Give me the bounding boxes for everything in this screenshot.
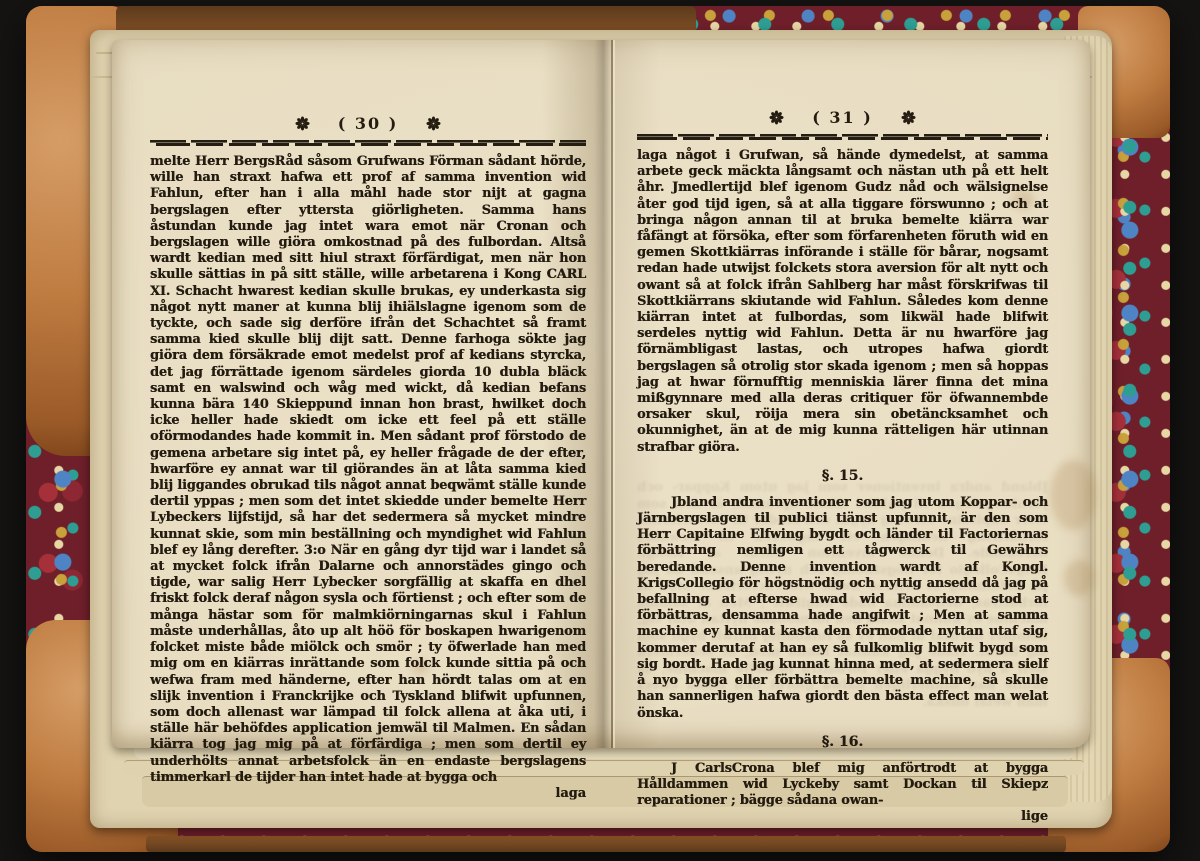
section-heading-16: §. 16.	[637, 734, 1048, 750]
catchword: lige	[637, 809, 1048, 825]
page-30: ( 30 ) melte Herr BergsRåd såsom Grufwan…	[150, 114, 586, 802]
page-31-paragraph-2: Jbland andra inventioner som jag utom Ko…	[637, 495, 1048, 722]
rosette-icon	[295, 116, 310, 131]
rosette-icon	[769, 110, 784, 125]
header-rule	[150, 140, 586, 146]
page-31-header: ( 31 )	[637, 108, 1048, 127]
catchword: laga	[150, 786, 586, 802]
page-30-header: ( 30 )	[150, 114, 586, 133]
leather-edge-bottom	[146, 836, 1066, 852]
rosette-icon	[426, 116, 441, 131]
page-30-body: melte Herr BergsRåd såsom Grufwans Förma…	[150, 154, 586, 786]
foxing-stain	[1050, 460, 1096, 530]
page-number: ( 30 )	[338, 114, 399, 133]
page-fold-highlight	[613, 40, 615, 748]
foxing-stain	[1064, 560, 1094, 596]
page-31-paragraph-3: J CarlsCrona blef mig anförtrodt at bygg…	[637, 761, 1048, 810]
page-number: ( 31 )	[812, 108, 873, 127]
open-spread: ( 30 ) melte Herr BergsRåd såsom Grufwan…	[112, 40, 1090, 748]
page-31-paragraph-1: laga något i Grufwan, så hände dymedelst…	[637, 148, 1048, 456]
rosette-icon	[901, 110, 916, 125]
open-book: ( 30 ) melte Herr BergsRåd såsom Grufwan…	[26, 6, 1170, 852]
header-rule	[637, 134, 1048, 140]
page-31: Jbland andra inventioner som jag utom Ko…	[637, 108, 1048, 826]
section-heading-15: §. 15.	[637, 468, 1048, 484]
photo-backdrop: { "left_page": { "page_number": "( 30 )"…	[0, 0, 1200, 861]
